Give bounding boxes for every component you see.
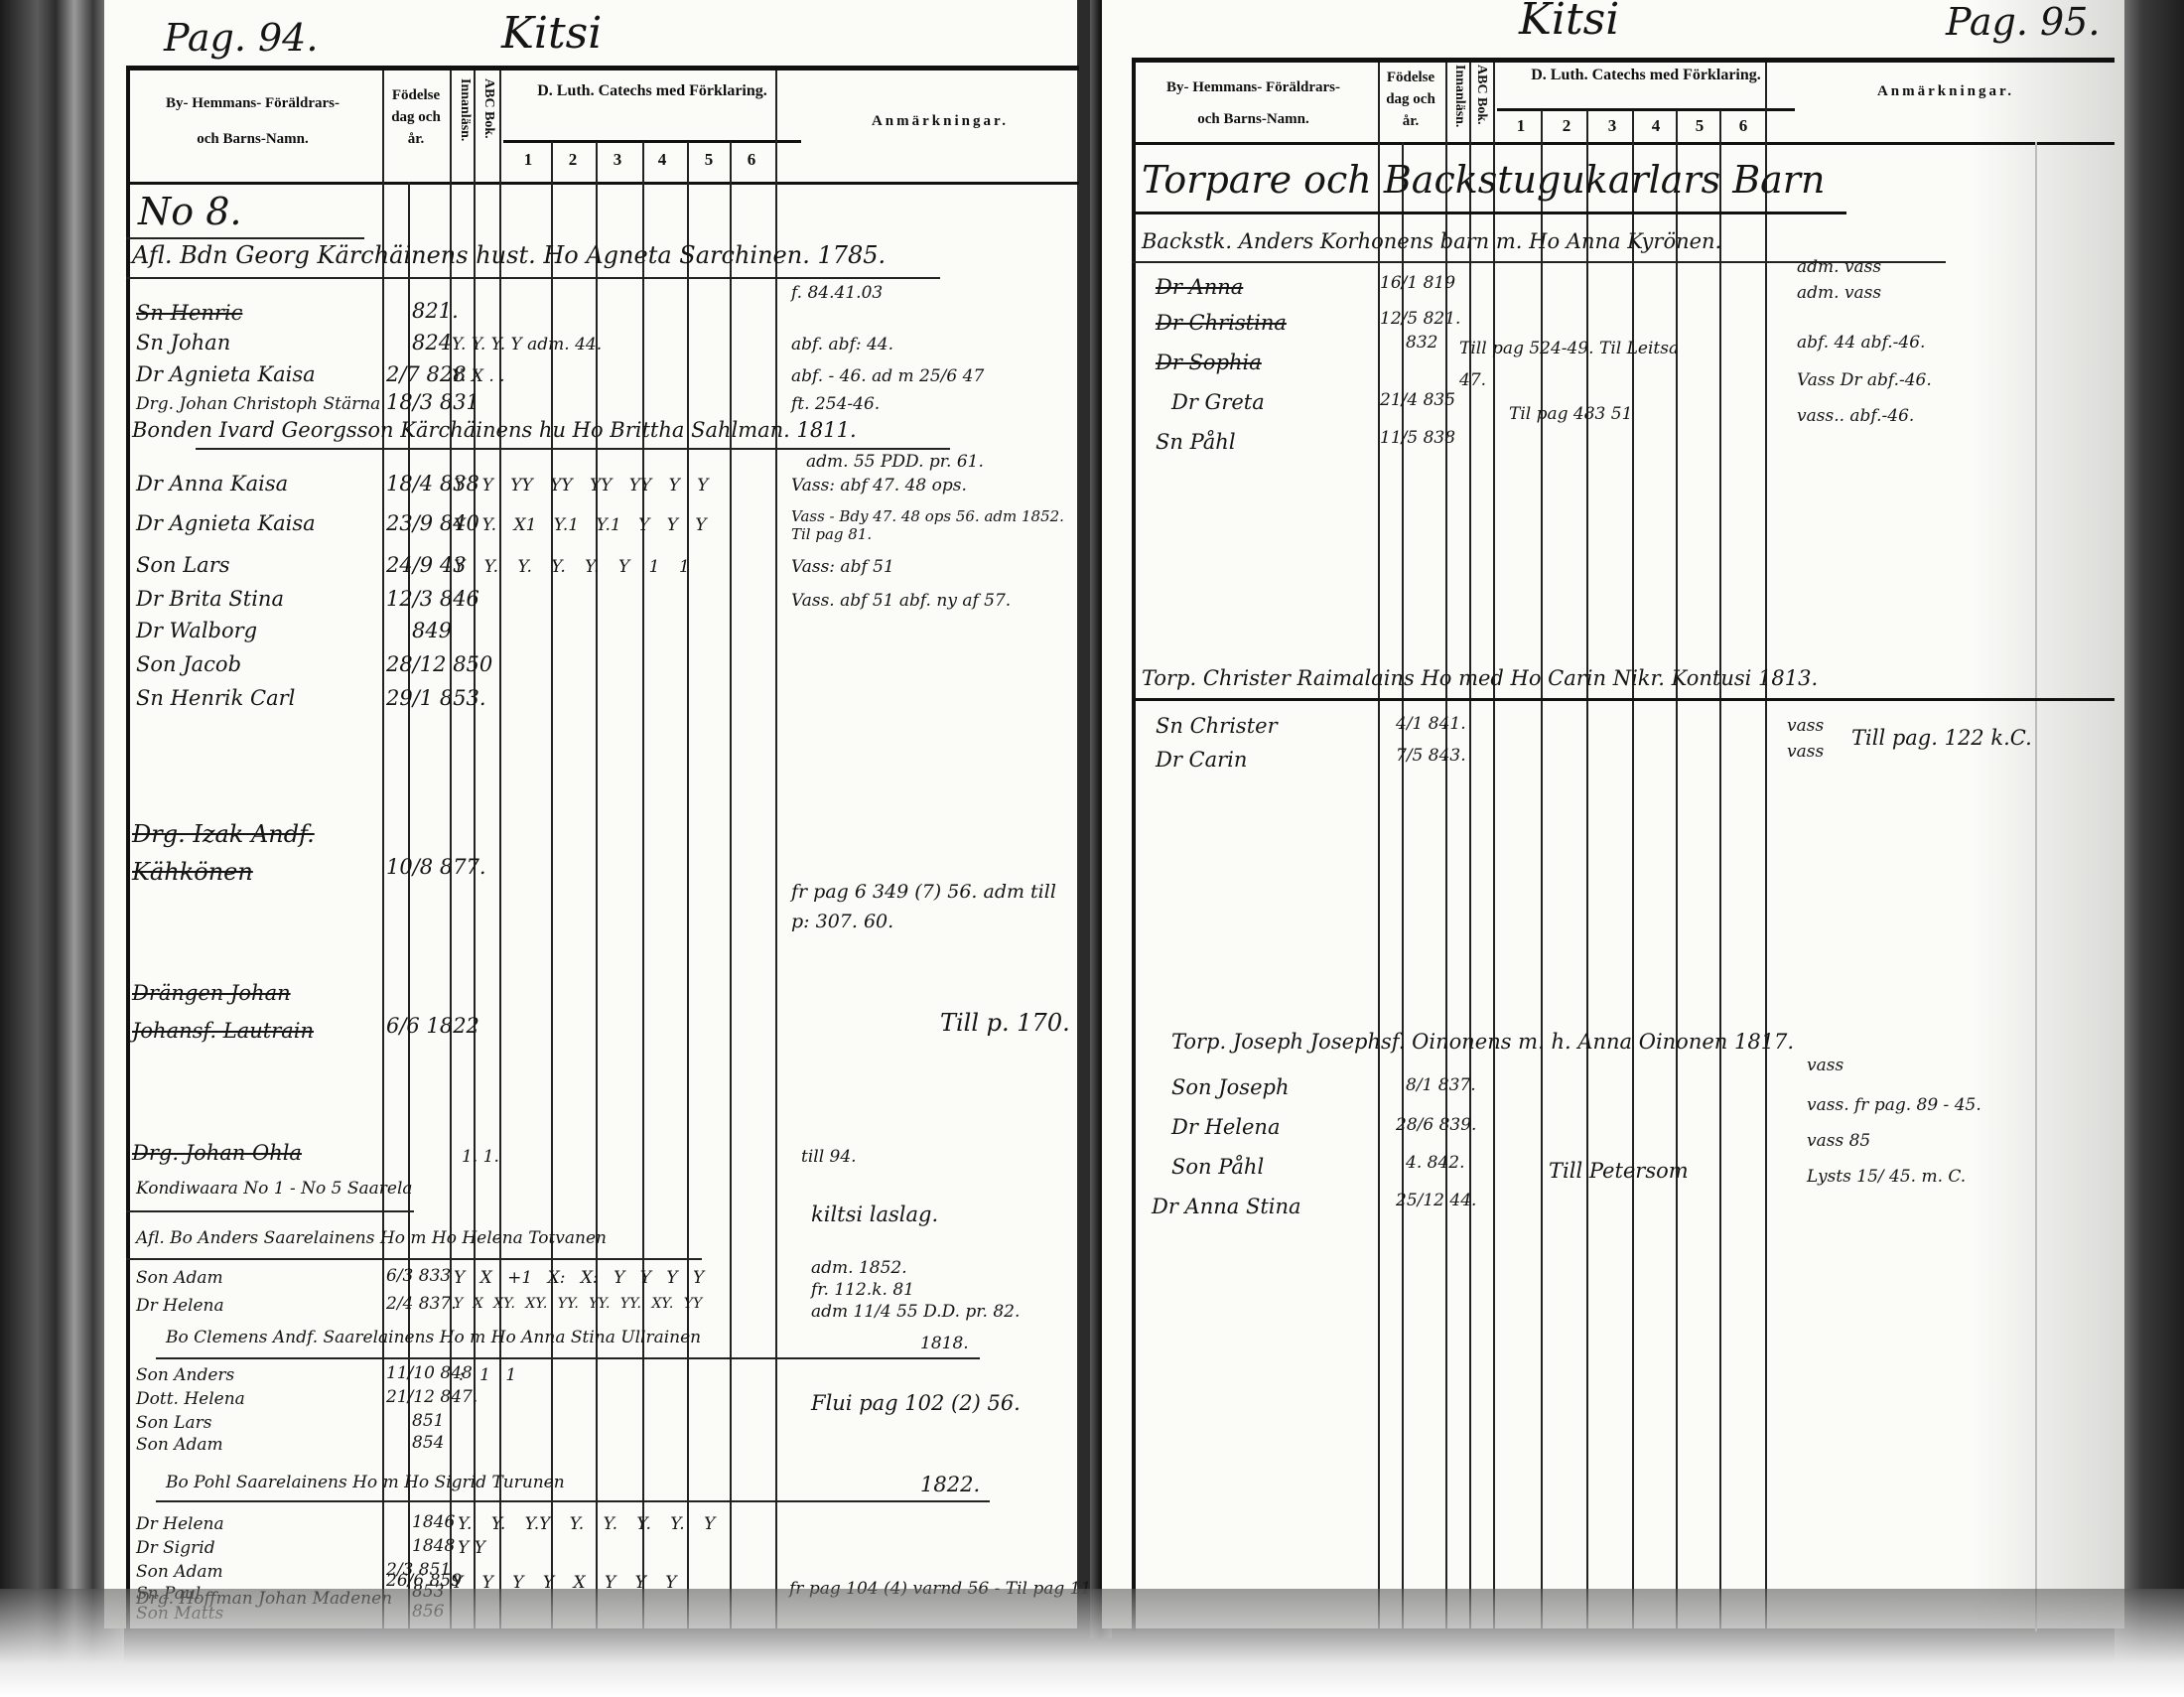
col-catechism-header: D. Luth. Catechs med Förklaring. bbox=[1497, 65, 1795, 86]
underline bbox=[126, 277, 940, 279]
household-head: Afl. Bo Anders Saarelainens Ho m Ho Hele… bbox=[136, 1228, 607, 1248]
col-rule bbox=[730, 142, 732, 1629]
child-entry: Son Jacob bbox=[136, 652, 241, 676]
remark: Lysts 15/ 45. m. C. bbox=[1807, 1167, 1966, 1187]
birth-date: 1846 bbox=[412, 1512, 455, 1532]
child-entry: Dr Helena bbox=[136, 1514, 224, 1534]
remark: vass bbox=[1787, 716, 1824, 736]
catechism-subheader-rule bbox=[503, 140, 801, 143]
remark: abf. abf: 44. bbox=[791, 335, 893, 354]
remark: adm. vass bbox=[1797, 257, 1881, 277]
page-bottom-shadow bbox=[0, 1589, 2184, 1697]
catechism-marks: Y X XY. XY. YY. YY. YY. XY. YY bbox=[454, 1296, 702, 1312]
transfer-note: Til pag 483 51 bbox=[1509, 404, 1632, 424]
remark: 1822. bbox=[920, 1473, 980, 1496]
remark: adm. vass bbox=[1797, 283, 1881, 303]
child-entry: Son Påhl bbox=[1171, 1155, 1264, 1179]
col-rule bbox=[687, 142, 689, 1629]
underline bbox=[1132, 698, 2115, 701]
remark: Vass: abf 51 bbox=[791, 557, 894, 577]
catechism-marks: Y X +1 X: X: Y Y Y Y bbox=[454, 1268, 704, 1288]
birth-date: 1848 bbox=[412, 1536, 455, 1556]
underline bbox=[156, 1500, 990, 1502]
col-rule bbox=[1445, 63, 1447, 1631]
child-entry: Son Adam bbox=[136, 1435, 223, 1455]
child-entry: Sn Påhl bbox=[1156, 430, 1236, 454]
right-page: Kitsi Pag. 95. By- Hemmans- Föräldrars- … bbox=[1102, 0, 2124, 1628]
col-rule bbox=[499, 71, 501, 1629]
col-birth-line3: år. bbox=[386, 128, 446, 150]
catechism-marks: Y Y. X1 Y.1 Y.1 Y Y Y bbox=[454, 515, 707, 535]
catechism-marks: Y. X . . bbox=[452, 366, 505, 386]
birth-date: 2/4 837. bbox=[386, 1294, 457, 1314]
remark: adm. 1852. bbox=[811, 1258, 907, 1278]
col-rule bbox=[1765, 63, 1767, 1631]
transfer-note: Till pag 524-49. Til Leitsa 47. bbox=[1459, 333, 1698, 396]
table-header: By- Hemmans- Föräldrars- och Barns-Namn.… bbox=[1132, 63, 2115, 145]
catechism-col-3: 3 bbox=[598, 150, 637, 170]
child-entry: Dr Carin bbox=[1156, 748, 1247, 772]
child-entry: Dr Sophia bbox=[1156, 351, 1262, 374]
underline bbox=[126, 237, 364, 239]
remark: Flui pag 102 (2) 56. bbox=[811, 1391, 1021, 1415]
col-name-line2: och Barns-Namn. bbox=[1132, 108, 1375, 130]
child-entry: Dr Anna bbox=[1156, 275, 1243, 299]
birth-date: 29/1 853. bbox=[386, 686, 486, 710]
child-entry: Dr Anna Stina bbox=[1152, 1195, 1301, 1218]
birth-date: 25/12 44. bbox=[1396, 1191, 1476, 1210]
col-birth-line2: dag och bbox=[1380, 88, 1441, 110]
remark: ft. 254-46. bbox=[791, 394, 880, 414]
child-entry: Drg. Johan Christoph Stärna bbox=[136, 394, 380, 414]
birth-date: 28/6 839. bbox=[1396, 1115, 1476, 1135]
col-rule bbox=[596, 142, 598, 1629]
remark: adm 11/4 55 D.D. pr. 82. bbox=[811, 1302, 1020, 1322]
remark: vass. fr pag. 89 - 45. bbox=[1807, 1095, 1981, 1115]
birth-date: 6/6 1822 bbox=[386, 1014, 479, 1038]
col-rule bbox=[1378, 63, 1380, 1631]
col-rule bbox=[382, 71, 384, 1629]
household-head: Bo Pohl Saarelainens Ho m Ho Sigrid Turu… bbox=[166, 1473, 565, 1492]
child-entry: Son Anders bbox=[136, 1365, 234, 1385]
catechism-col-5: 5 bbox=[689, 150, 729, 170]
remark: Vass - Bdy 47. 48 ops 56. adm 1852. Til … bbox=[791, 507, 1079, 543]
child-entry: Sn Henric bbox=[136, 301, 242, 325]
birth-date: 849 bbox=[412, 619, 452, 642]
col-birth-line1: Födelse bbox=[386, 84, 446, 106]
child-entry: Sn Henrik Carl bbox=[136, 686, 295, 710]
col-rule bbox=[1402, 142, 1404, 1631]
remark: vass.. abf.-46. bbox=[1797, 406, 1914, 426]
register-table-right: By- Hemmans- Föräldrars- och Barns-Namn.… bbox=[1132, 58, 2115, 1631]
birth-date: 854 bbox=[412, 1433, 444, 1453]
col-catechism-header: D. Luth. Catechs med Förklaring. bbox=[503, 80, 801, 102]
col-birth-line2: dag och bbox=[386, 106, 446, 128]
col-name-header: By- Hemmans- Föräldrars- och Barns-Namn. bbox=[1132, 76, 1375, 130]
col-name-line1: By- Hemmans- Föräldrars- bbox=[1132, 76, 1375, 98]
catechism-col-3: 3 bbox=[1592, 116, 1632, 136]
remark: Vass: abf 47. 48 ops. bbox=[791, 476, 967, 495]
struck-entry: Drg. Izak Andf. Kähkönen bbox=[132, 815, 380, 891]
col-rule bbox=[1469, 63, 1471, 1631]
struck-entry: Drängen Johan Johansf. Lautrain bbox=[132, 974, 380, 1050]
birth-date: 6/3 833 bbox=[386, 1266, 451, 1286]
col-rule bbox=[775, 71, 777, 1629]
remark: vass 85 bbox=[1807, 1131, 1870, 1151]
struck-entry: Drg. Johan Ohla bbox=[132, 1141, 302, 1165]
household-head: Backstk. Anders Korhonens barn m. Ho Ann… bbox=[1142, 229, 1721, 253]
col-birth-line1: Födelse bbox=[1380, 67, 1441, 88]
remark: abf. - 46. ad m 25/6 47 bbox=[791, 366, 984, 386]
child-entry: Dr Agnieta Kaisa bbox=[136, 511, 316, 535]
page-number: Pag. 94. bbox=[164, 16, 318, 60]
child-entry: Sn Johan bbox=[136, 331, 230, 354]
catechism-col-6: 6 bbox=[732, 150, 771, 170]
col-rule bbox=[551, 142, 553, 1629]
remark: fr pag 6 349 (7) 56. adm till p: 307. 60… bbox=[791, 877, 1059, 936]
col-innanlasn-header: Innanläsn. bbox=[1451, 65, 1467, 144]
birth-date: 26/6 859 bbox=[386, 1571, 462, 1591]
birth-date: 18/3 831 bbox=[386, 390, 479, 414]
child-entry: Son Joseph bbox=[1171, 1075, 1289, 1099]
col-rule bbox=[1493, 63, 1495, 1631]
col-abc-header: ABC Bok. bbox=[480, 78, 496, 178]
remark: f. 84.41.03 bbox=[791, 283, 883, 303]
col-remarks-header: Anmärkningar. bbox=[1807, 80, 2085, 102]
remark: Vass. abf 51 abf. ny af 57. bbox=[791, 591, 1011, 611]
catechism-col-6: 6 bbox=[1723, 116, 1763, 136]
col-rule bbox=[1719, 110, 1721, 1631]
book-binding-right bbox=[2115, 0, 2184, 1697]
remark: 1818. bbox=[920, 1334, 969, 1353]
child-entry: Son Adam bbox=[136, 1562, 223, 1582]
child-entry: Dr Sigrid bbox=[136, 1538, 215, 1558]
col-abc-header: ABC Bok. bbox=[1473, 65, 1489, 144]
remark: vass bbox=[1787, 742, 1824, 762]
birth-date: 21/4 835 bbox=[1380, 390, 1455, 410]
child-entry: Sn Christer bbox=[1156, 714, 1278, 738]
col-rule bbox=[2035, 142, 2037, 1631]
col-birth-line3: år. bbox=[1380, 110, 1441, 132]
catechism-marks: Y Y. Y. Y. Y. Y 1 1 bbox=[454, 557, 690, 577]
table-border-left bbox=[1132, 63, 1136, 1631]
catechism-marks: 1. 1. bbox=[462, 1147, 499, 1167]
remark: kiltsi laslag. bbox=[811, 1202, 938, 1226]
transfer-note: Till Petersom bbox=[1549, 1159, 1689, 1183]
catechism-marks: Y Y bbox=[458, 1538, 485, 1558]
col-name-header: By- Hemmans- Föräldrars- och Barns-Namn. bbox=[126, 92, 379, 150]
child-entry: Son Lars bbox=[136, 1413, 212, 1433]
birth-date: 16/1 819 bbox=[1380, 273, 1455, 293]
child-entry: Dr Brita Stina bbox=[136, 587, 284, 611]
col-innanlasn-header: Innanläsn. bbox=[457, 78, 473, 178]
left-page: Pag. 94. Kitsi By- Hemmans- Föräldrars- … bbox=[104, 0, 1077, 1628]
child-entry: Dr Walborg bbox=[136, 619, 257, 642]
child-entry: Son Adam bbox=[136, 1268, 223, 1288]
catechism-marks: : 1 1 bbox=[459, 1365, 516, 1385]
col-name-line1: By- Hemmans- Föräldrars- bbox=[126, 92, 379, 114]
household-head: Bonden Ivard Georgsson Kärchäinens hu Ho… bbox=[132, 418, 857, 442]
register-table-left: By- Hemmans- Föräldrars- och Barns-Namn.… bbox=[126, 66, 1079, 1629]
village-heading: Kondiwaara No 1 - No 5 Saarela bbox=[136, 1179, 413, 1199]
parish-name: Kitsi bbox=[501, 8, 602, 59]
catechism-col-2: 2 bbox=[553, 150, 593, 170]
remark: Till p. 170. bbox=[940, 1009, 1070, 1037]
birth-date: 7/5 843. bbox=[1396, 746, 1466, 766]
underline bbox=[1132, 212, 1846, 214]
col-remarks-header: Anmärkningar. bbox=[811, 110, 1069, 132]
page-number: Pag. 95. bbox=[1946, 0, 2100, 44]
household-head: Bo Clemens Andf. Saarelainens Ho m Ho An… bbox=[166, 1328, 701, 1347]
catechism-col-1: 1 bbox=[508, 150, 548, 170]
birth-date: 28/12 850 bbox=[386, 652, 492, 676]
birth-date: 10/8 877. bbox=[386, 855, 486, 879]
col-name-line2: och Barns-Namn. bbox=[126, 128, 379, 150]
parish-name: Kitsi bbox=[1519, 0, 1619, 45]
birth-date: 4/1 841. bbox=[1396, 714, 1466, 734]
birth-date: 851 bbox=[412, 1411, 444, 1431]
catechism-marks: Y. Y. Y.Y Y. Y. Y. Y. Y bbox=[458, 1514, 715, 1534]
underline bbox=[126, 1210, 414, 1212]
catechism-col-4: 4 bbox=[642, 150, 682, 170]
col-rule bbox=[642, 142, 644, 1629]
remark: till 94. bbox=[801, 1147, 857, 1167]
col-birth-header: Födelse dag och år. bbox=[386, 84, 446, 150]
underline bbox=[156, 1357, 980, 1359]
household-head: Afl. Bdn Georg Kärchäinens hust. Ho Agne… bbox=[132, 241, 886, 269]
underline bbox=[196, 448, 950, 450]
underline bbox=[126, 1258, 702, 1260]
table-border-left bbox=[126, 71, 130, 1629]
remark: adm. 55 PDD. pr. 61. bbox=[806, 452, 984, 472]
catechism-col-1: 1 bbox=[1501, 116, 1541, 136]
birth-date: 4. 842. bbox=[1406, 1153, 1464, 1173]
birth-date: 11/5 838 bbox=[1380, 428, 1455, 448]
child-entry: Dr Anna Kaisa bbox=[136, 472, 288, 495]
child-entry: Dr Helena bbox=[136, 1296, 224, 1316]
catechism-col-2: 2 bbox=[1547, 116, 1586, 136]
remark: fr. 112.k. 81 bbox=[811, 1280, 914, 1300]
catechism-marks: Y Y YY YY YY YY Y Y bbox=[454, 476, 709, 495]
child-entry: Dott. Helena bbox=[136, 1389, 245, 1409]
birth-date: 824 bbox=[412, 331, 452, 354]
col-birth-header: Födelse dag och år. bbox=[1380, 67, 1441, 132]
birth-date: 8/1 837. bbox=[1406, 1075, 1476, 1095]
remark: vass bbox=[1807, 1056, 1843, 1075]
child-entry: Dr Christina bbox=[1156, 311, 1287, 335]
household-number: No 8. bbox=[138, 190, 241, 233]
child-entry: Son Lars bbox=[136, 553, 230, 577]
catechism-marks: 1 bbox=[456, 591, 467, 611]
household-head: Torp. Joseph Josephsf. Oinonens m. h. An… bbox=[1171, 1030, 1794, 1054]
birth-date: 832 bbox=[1406, 333, 1437, 353]
section-title: Torpare och Backstugukarlars Barn bbox=[1142, 158, 1825, 202]
birth-date: 21/12 847. bbox=[386, 1387, 478, 1407]
birth-date: 12/5 821. bbox=[1380, 309, 1460, 329]
catechism-col-5: 5 bbox=[1680, 116, 1719, 136]
remark: abf. 44 abf.-46. bbox=[1797, 333, 1925, 353]
table-header: By- Hemmans- Föräldrars- och Barns-Namn.… bbox=[126, 71, 1079, 185]
group-remark: Till pag. 122 k.C. bbox=[1851, 726, 2032, 750]
catechism-col-4: 4 bbox=[1636, 116, 1676, 136]
catechism-marks: Y. Y. Y. Y adm. 44. bbox=[452, 335, 602, 354]
remark: Vass Dr abf.-46. bbox=[1797, 370, 1932, 390]
child-entry: Dr Greta bbox=[1171, 390, 1265, 414]
child-entry: Dr Helena bbox=[1171, 1115, 1280, 1139]
child-entry: Dr Agnieta Kaisa bbox=[136, 362, 316, 386]
household-head: Torp. Christer Raimalains Ho med Ho Cari… bbox=[1142, 666, 1818, 690]
birth-date: 821. bbox=[412, 299, 459, 323]
